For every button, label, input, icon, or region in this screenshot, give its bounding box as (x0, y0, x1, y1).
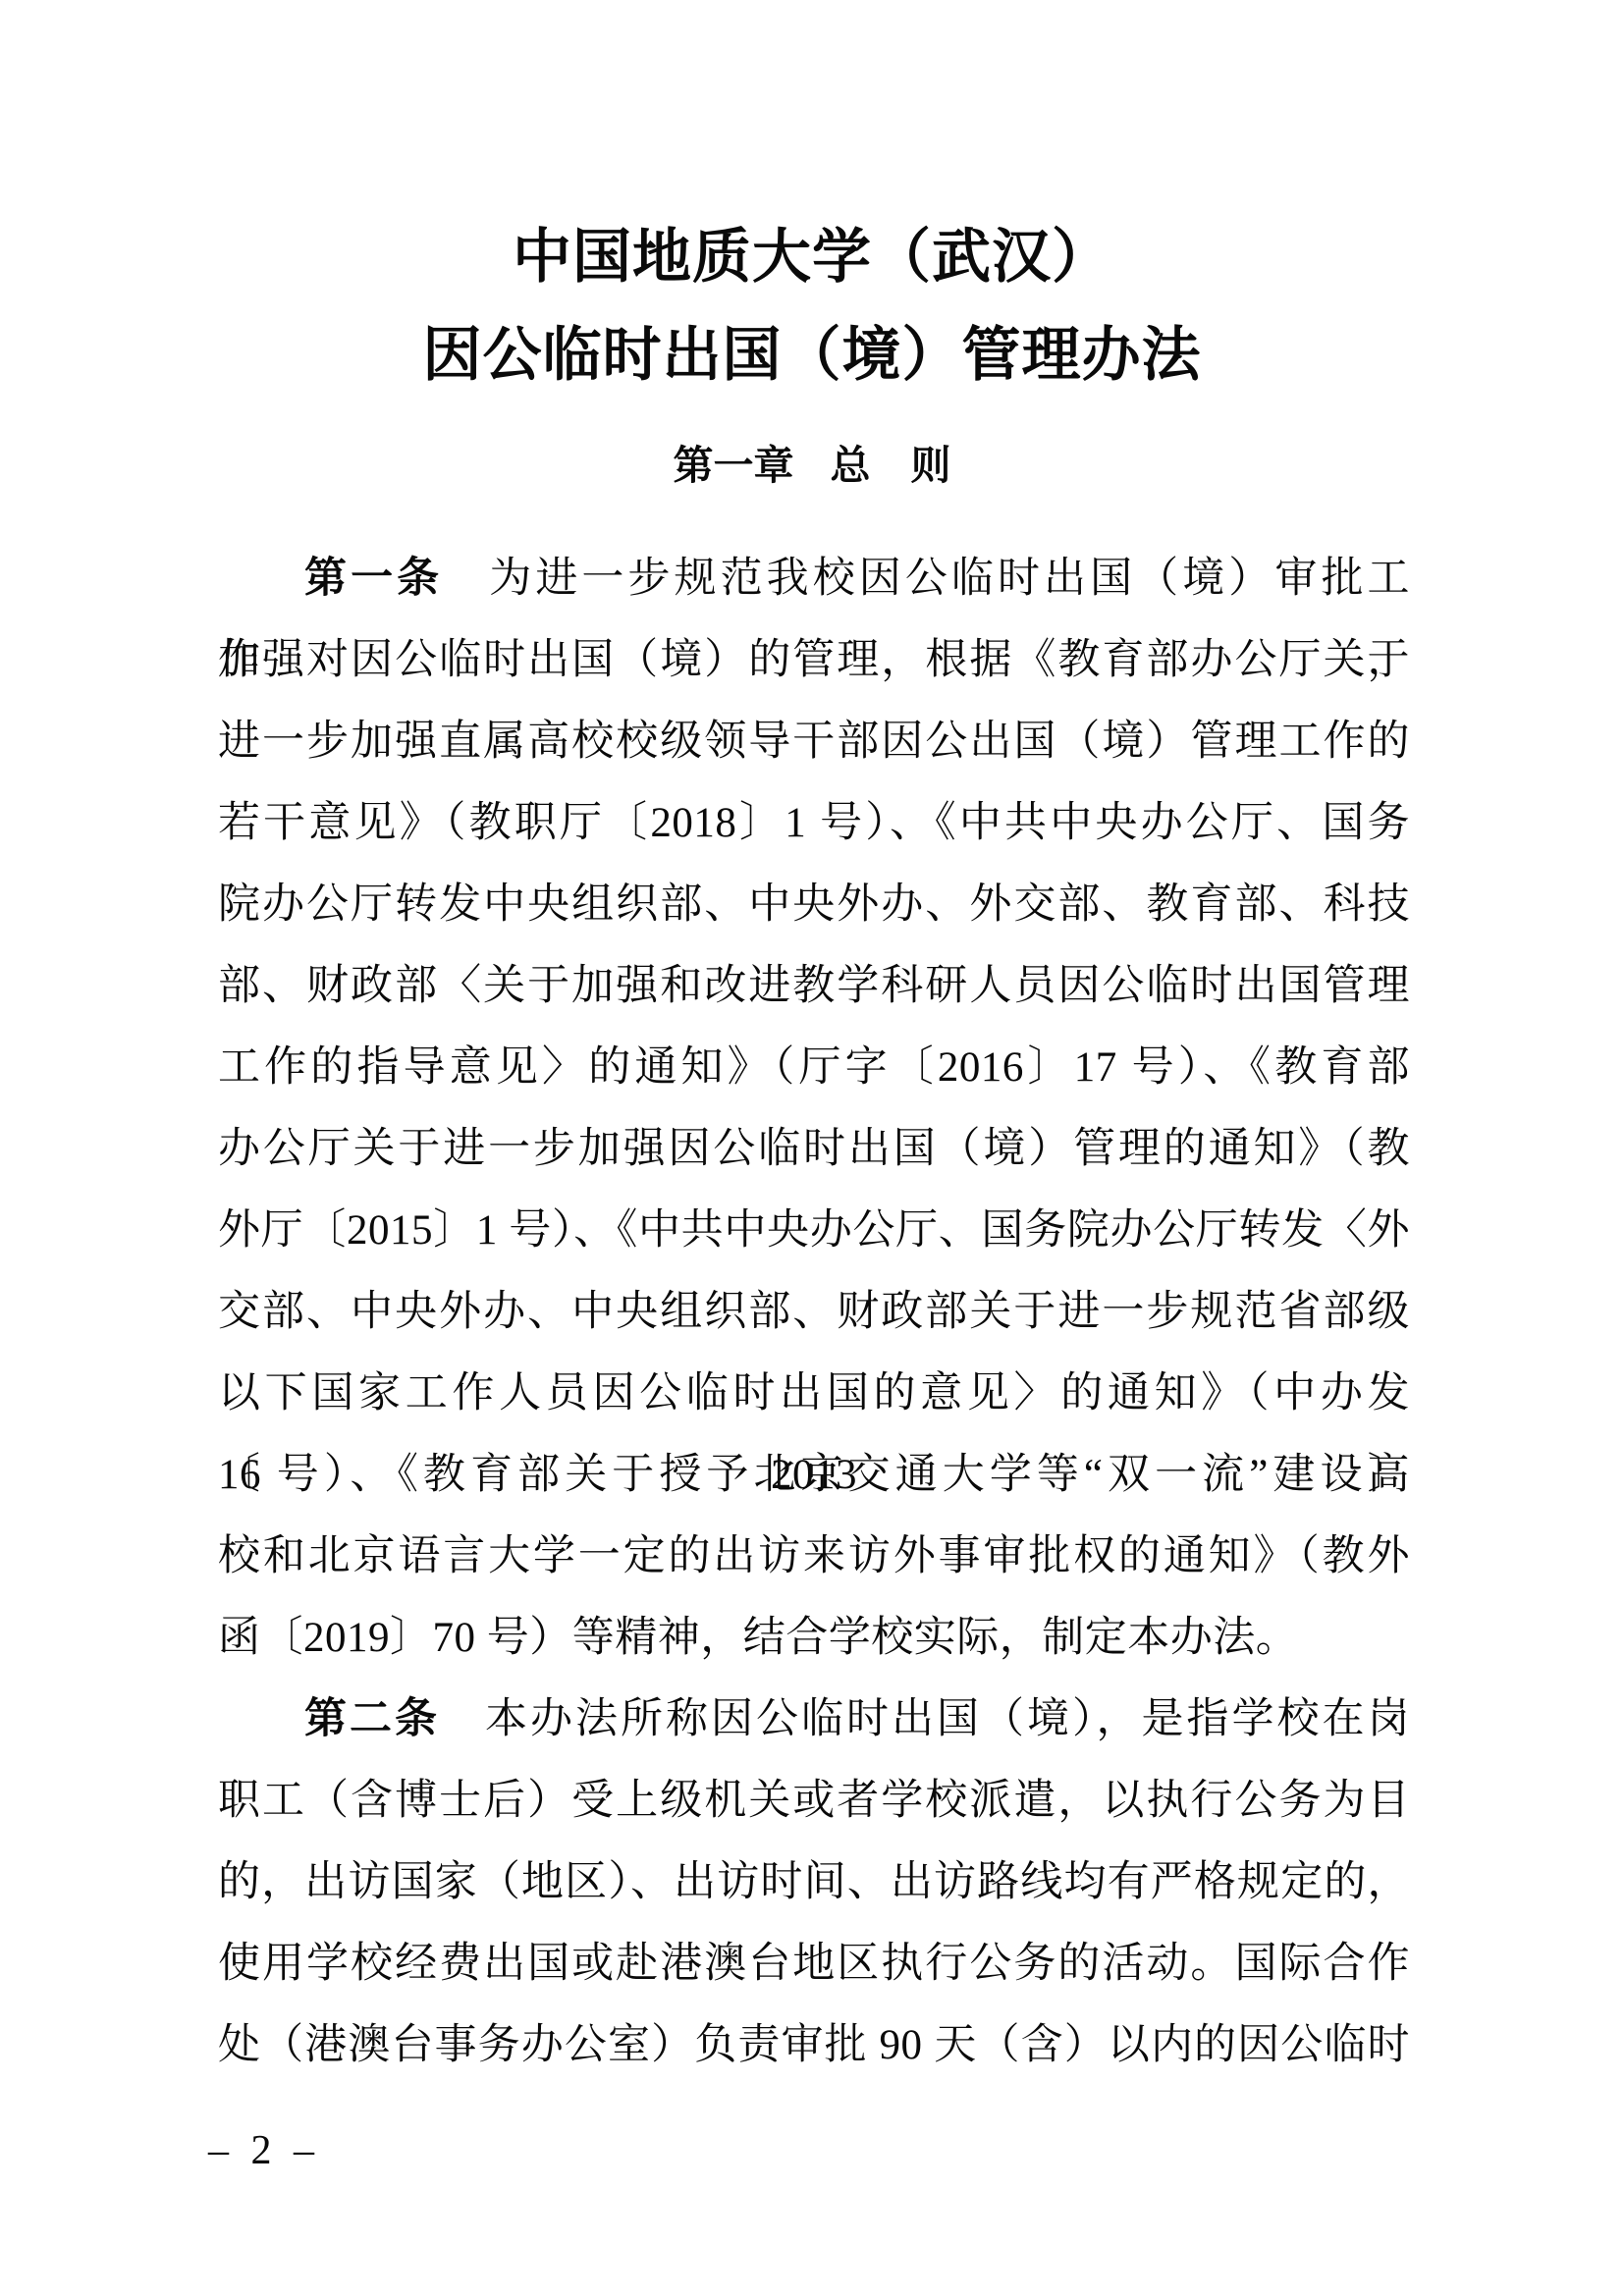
document-title-line-2: 因公临时出国（境）管理办法 (0, 325, 1624, 386)
body-line: 函〔2019〕70 号）等精神，结合学校实际，制定本办法。 (218, 1597, 1410, 1679)
page-number: – 2 – (208, 2128, 320, 2173)
chapter-title: 总 则 (830, 443, 950, 488)
body-line: 职工（含博士后）受上级机关或者学校派遣，以执行公务为目 (218, 1760, 1410, 1842)
body-line: 以下国家工作人员因公临时出国的意见〉的通知》（中办发〔2013〕 (218, 1353, 1410, 1434)
body-line: 第二条 本办法所称因公临时出国（境），是指学校在岗 (218, 1679, 1410, 1760)
article-label: 第一条 (304, 556, 443, 602)
article-label: 第二条 (304, 1696, 440, 1742)
body-line: 加强对因公临时出国（境）的管理，根据《教育部办公厅关于 (218, 619, 1410, 701)
body-line: 的，出访国家（地区）、出访时间、出访路线均有严格规定的， (218, 1842, 1410, 1923)
body-line: 交部、中央外办、中央组织部、财政部关于进一步规范省部级 (218, 1271, 1410, 1353)
body-line: 处（港澳台事务办公室）负责审批 90 天（含）以内的因公临时 (218, 2004, 1410, 2086)
body-line: 外厅〔2015〕1 号）、《中共中央办公厅、国务院办公厅转发〈外 (218, 1190, 1410, 1271)
body-line: 16 号）、《教育部关于授予北京交通大学等“双一流”建设高 (218, 1434, 1410, 1516)
document-body: 第一条 为进一步规范我校因公临时出国（境）审批工作，加强对因公临时出国（境）的管… (218, 538, 1410, 2086)
body-line: 进一步加强直属高校校级领导干部因公出国（境）管理工作的 (218, 701, 1410, 782)
body-line: 工作的指导意见〉的通知》（厅字〔2016〕17 号）、《教育部 (218, 1027, 1410, 1108)
body-line: 院办公厅转发中央组织部、中央外办、外交部、教育部、科技 (218, 864, 1410, 945)
body-line: 校和北京语言大学一定的出访来访外事审批权的通知》（教外 (218, 1516, 1410, 1597)
document-page: 中国地质大学（武汉） 因公临时出国（境）管理办法 第一章总 则 第一条 为进一步… (0, 0, 1624, 2296)
chapter-heading: 第一章总 则 (0, 444, 1624, 487)
chapter-number: 第一章 (674, 443, 794, 488)
body-line: 若干意见》（教职厅〔2018〕1 号）、《中共中央办公厅、国务 (218, 782, 1410, 864)
body-line: 第一条 为进一步规范我校因公临时出国（境）审批工作， (218, 538, 1410, 619)
body-line: 办公厅关于进一步加强因公临时出国（境）管理的通知》（教 (218, 1108, 1410, 1190)
body-line: 使用学校经费出国或赴港澳台地区执行公务的活动。国际合作 (218, 1923, 1410, 2004)
body-line: 部、财政部〈关于加强和改进教学科研人员因公临时出国管理 (218, 945, 1410, 1027)
document-title-line-1: 中国地质大学（武汉） (0, 227, 1624, 288)
